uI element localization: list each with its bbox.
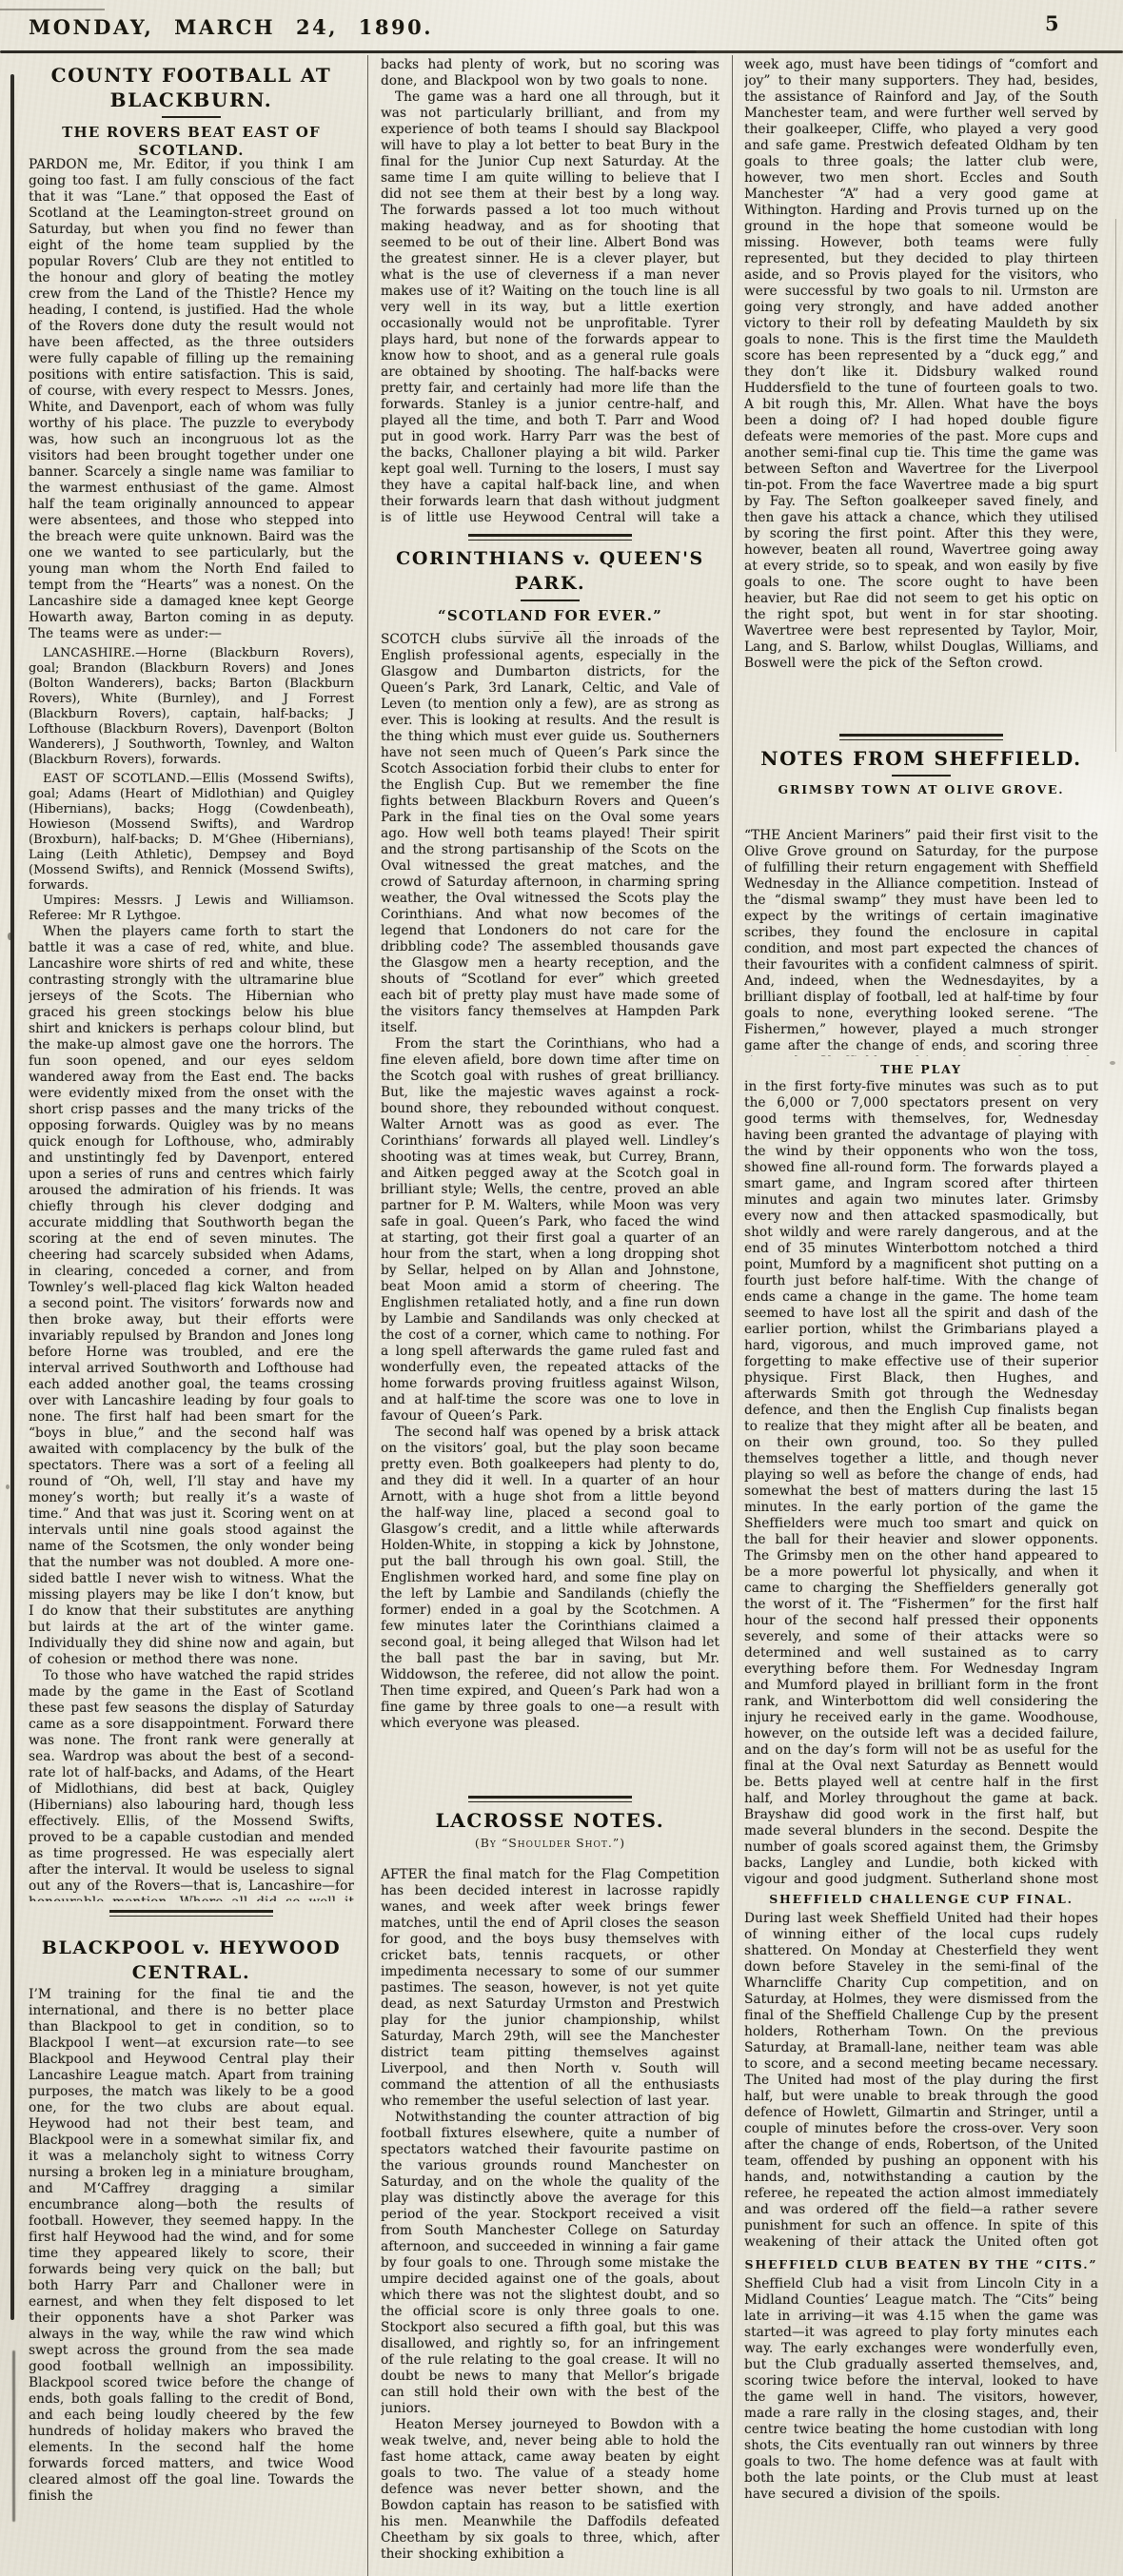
- section-divider-rule: [468, 534, 632, 541]
- sheffield-subhead-the-play-wrap: THE PLAY: [744, 1056, 1098, 1079]
- blackpool-continuation: backs had plenty of work, but no scoring…: [381, 57, 719, 525]
- corinthians-body: SCOTCH clubs survive all the inroads of …: [381, 632, 719, 1787]
- lacrosse-continuation: week ago, must have been tidings of “com…: [744, 57, 1098, 725]
- sheffield-subhead-grimsby: GRIMSBY TOWN AT OLIVE GROVE.: [744, 781, 1098, 797]
- article-separator: [29, 1901, 354, 1930]
- section-divider-rule: [468, 1796, 632, 1802]
- section-divider-rule: [839, 734, 1003, 740]
- column-2: backs had plenty of work, but no scoring…: [381, 57, 719, 2576]
- corinthians-header: CORINTHIANS v. QUEEN'S PARK. “SCOTLAND F…: [381, 525, 719, 632]
- date-line: MONDAY, MARCH 24, 1890.: [29, 15, 433, 39]
- header-rule: [0, 50, 1123, 53]
- column-1: COUNTY FOOTBALL AT BLACKBURN. THE ROVERS…: [29, 57, 354, 2576]
- team-list-east-of-scotland: EAST OF SCOTLAND.—Ellis (Mossend Swifts)…: [29, 772, 354, 894]
- headline-rule: [162, 116, 221, 118]
- corinthians-headline: CORINTHIANS v. QUEEN'S PARK.: [381, 546, 719, 596]
- article-paragraph: PARDON me, Mr. Editor, if you think I am…: [29, 157, 354, 642]
- sheffield-headline: NOTES FROM SHEFFIELD.: [744, 746, 1098, 771]
- article-paragraph: in the first forty-five minutes was such…: [744, 1079, 1098, 1886]
- page-number: 5: [1045, 11, 1059, 35]
- ink-speck: [1110, 1061, 1115, 1065]
- article-paragraph: AFTER the final match for the Flag Compe…: [381, 1867, 719, 2110]
- blackpool-headline: BLACKPOOL v. HEYWOOD CENTRAL.: [29, 1936, 354, 1985]
- lacrosse-headline: LACROSSE NOTES.: [381, 1808, 719, 1833]
- county-football-subheadline: THE ROVERS BEAT EAST OF SCOTLAND.: [29, 124, 354, 157]
- ink-speck: [6, 1485, 10, 1489]
- scan-gutter-line: [10, 74, 14, 2320]
- ink-speck: [8, 933, 12, 940]
- article-paragraph: To those who have watched the rapid stri…: [29, 1668, 354, 1901]
- blackpool-body: I’M training for the final tie and the i…: [29, 1987, 354, 2576]
- scan-gutter-line-2: [12, 2350, 15, 2522]
- newspaper-page: MONDAY, MARCH 24, 1890. 5 COUNTY FOOTBAL…: [0, 0, 1123, 2576]
- column-divider-2: [732, 55, 733, 2576]
- article-paragraph: The second half was opened by a brisk at…: [381, 1425, 719, 1732]
- column-divider-1: [367, 55, 368, 2576]
- sheffield-cits-body: Sheffield Club had a visit from Lincoln …: [744, 2276, 1098, 2576]
- county-football-headline: COUNTY FOOTBALL AT BLACKBURN.: [29, 63, 354, 112]
- article-paragraph: backs had plenty of work, but no scoring…: [381, 57, 719, 89]
- scan-edge-line: [1115, 219, 1116, 752]
- headline-rule: [892, 775, 951, 777]
- article-paragraph: Heaton Mersey journeyed to Bowdon with a…: [381, 2417, 719, 2563]
- article-paragraph: I’M training for the final tie and the i…: [29, 1987, 354, 2505]
- article-paragraph: SCOTCH clubs survive all the inroads of …: [381, 632, 719, 1036]
- article-paragraph: “THE Ancient Mariners” paid their first …: [744, 828, 1098, 1056]
- article-paragraph: week ago, must have been tidings of “com…: [744, 57, 1098, 672]
- sheffield-cup-final-body: During last week Sheffield United had th…: [744, 1911, 1098, 2252]
- section-divider-rule: [109, 1910, 273, 1917]
- page-header: MONDAY, MARCH 24, 1890. 5: [0, 0, 1123, 57]
- sheffield-subhead-cup-final: SHEFFIELD CHALLENGE CUP FINAL.: [744, 1891, 1098, 1907]
- article-paragraph: Sheffield Club had a visit from Lincoln …: [744, 2276, 1098, 2503]
- lacrosse-header: LACROSSE NOTES. (By “Shoulder Shot.”): [381, 1787, 719, 1867]
- sheffield-grimsby-body: “THE Ancient Mariners” paid their first …: [744, 828, 1098, 1056]
- match-officials: Umpires: Messrs. J Lewis and Williamson.…: [29, 894, 354, 924]
- sheffield-header: NOTES FROM SHEFFIELD. GRIMSBY TOWN AT OL…: [744, 725, 1098, 828]
- county-football-header: COUNTY FOOTBALL AT BLACKBURN. THE ROVERS…: [29, 57, 354, 157]
- article-paragraph: From the start the Corinthians, who had …: [381, 1036, 719, 1425]
- county-football-body: PARDON me, Mr. Editor, if you think I am…: [29, 157, 354, 1901]
- sheffield-play-body: in the first forty-five minutes was such…: [744, 1079, 1098, 1886]
- blackpool-header: BLACKPOOL v. HEYWOOD CENTRAL. [By the “F…: [29, 1930, 354, 1987]
- article-paragraph: During last week Sheffield United had th…: [744, 1911, 1098, 2252]
- team-list-lancashire: LANCASHIRE.—Horne (Blackburn Rovers), go…: [29, 646, 354, 768]
- sheffield-subhead-cits: SHEFFIELD CLUB BEATEN BY THE “CITS.”: [744, 2256, 1098, 2272]
- article-paragraph: The game was a hard one all through, but…: [381, 89, 719, 525]
- article-paragraph: When the players came forth to start the…: [29, 924, 354, 1668]
- lacrosse-byline: (By “Shoulder Shot.”): [381, 1836, 719, 1850]
- sheffield-subhead-the-play: THE PLAY: [744, 1061, 1098, 1077]
- sheffield-subhead-cits-wrap: SHEFFIELD CLUB BEATEN BY THE “CITS.”: [744, 2252, 1098, 2276]
- sheffield-subhead-cup-final-wrap: SHEFFIELD CHALLENGE CUP FINAL.: [744, 1886, 1098, 1911]
- column-3: week ago, must have been tidings of “com…: [744, 57, 1098, 2576]
- corinthians-subheadline: “SCOTLAND FOR EVER.”: [381, 607, 719, 625]
- headline-rule: [521, 600, 580, 601]
- lacrosse-body: AFTER the final match for the Flag Compe…: [381, 1867, 719, 2576]
- article-paragraph: Notwithstanding the counter attraction o…: [381, 2110, 719, 2417]
